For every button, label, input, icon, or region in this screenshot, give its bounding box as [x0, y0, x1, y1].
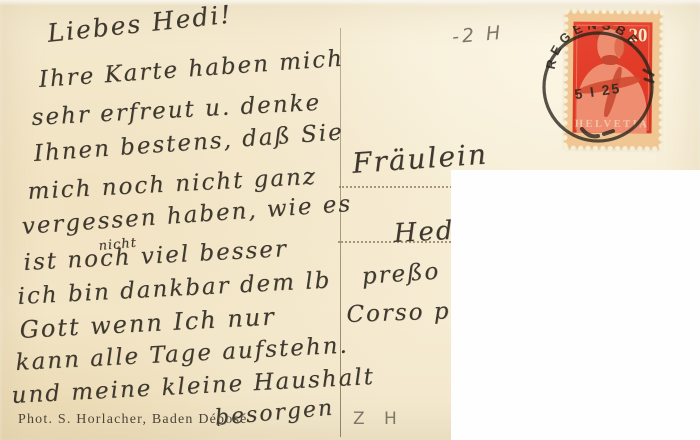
pencil-note-top: -2 H [451, 22, 504, 48]
postcard-back: Liebes Hedi! Ihre Karte haben mich sehr … [0, 0, 700, 440]
stamp-perforation [564, 7, 664, 15]
privacy-redaction-box [451, 170, 700, 440]
photographer-imprint: Phot. S. Horlacher, Baden Déposé [18, 412, 248, 428]
postmark-date: 5 I 25 [573, 80, 622, 102]
message-line: ich bin dankbar dem lb [17, 268, 332, 310]
address-dotted-line [339, 186, 455, 188]
message-line: Liebes Hedi! [46, 0, 234, 48]
pencil-note-bottom: Z H [353, 409, 404, 429]
message-line: Ihre Karte haben mich [38, 46, 345, 93]
message-line: ist noch viel besser [23, 236, 289, 276]
address-line: preßo [361, 259, 441, 290]
scan-edge-highlight [0, 0, 700, 6]
postmark: REGENSBE 5 I 25 [538, 26, 660, 150]
address-line: Corso p [346, 298, 451, 328]
